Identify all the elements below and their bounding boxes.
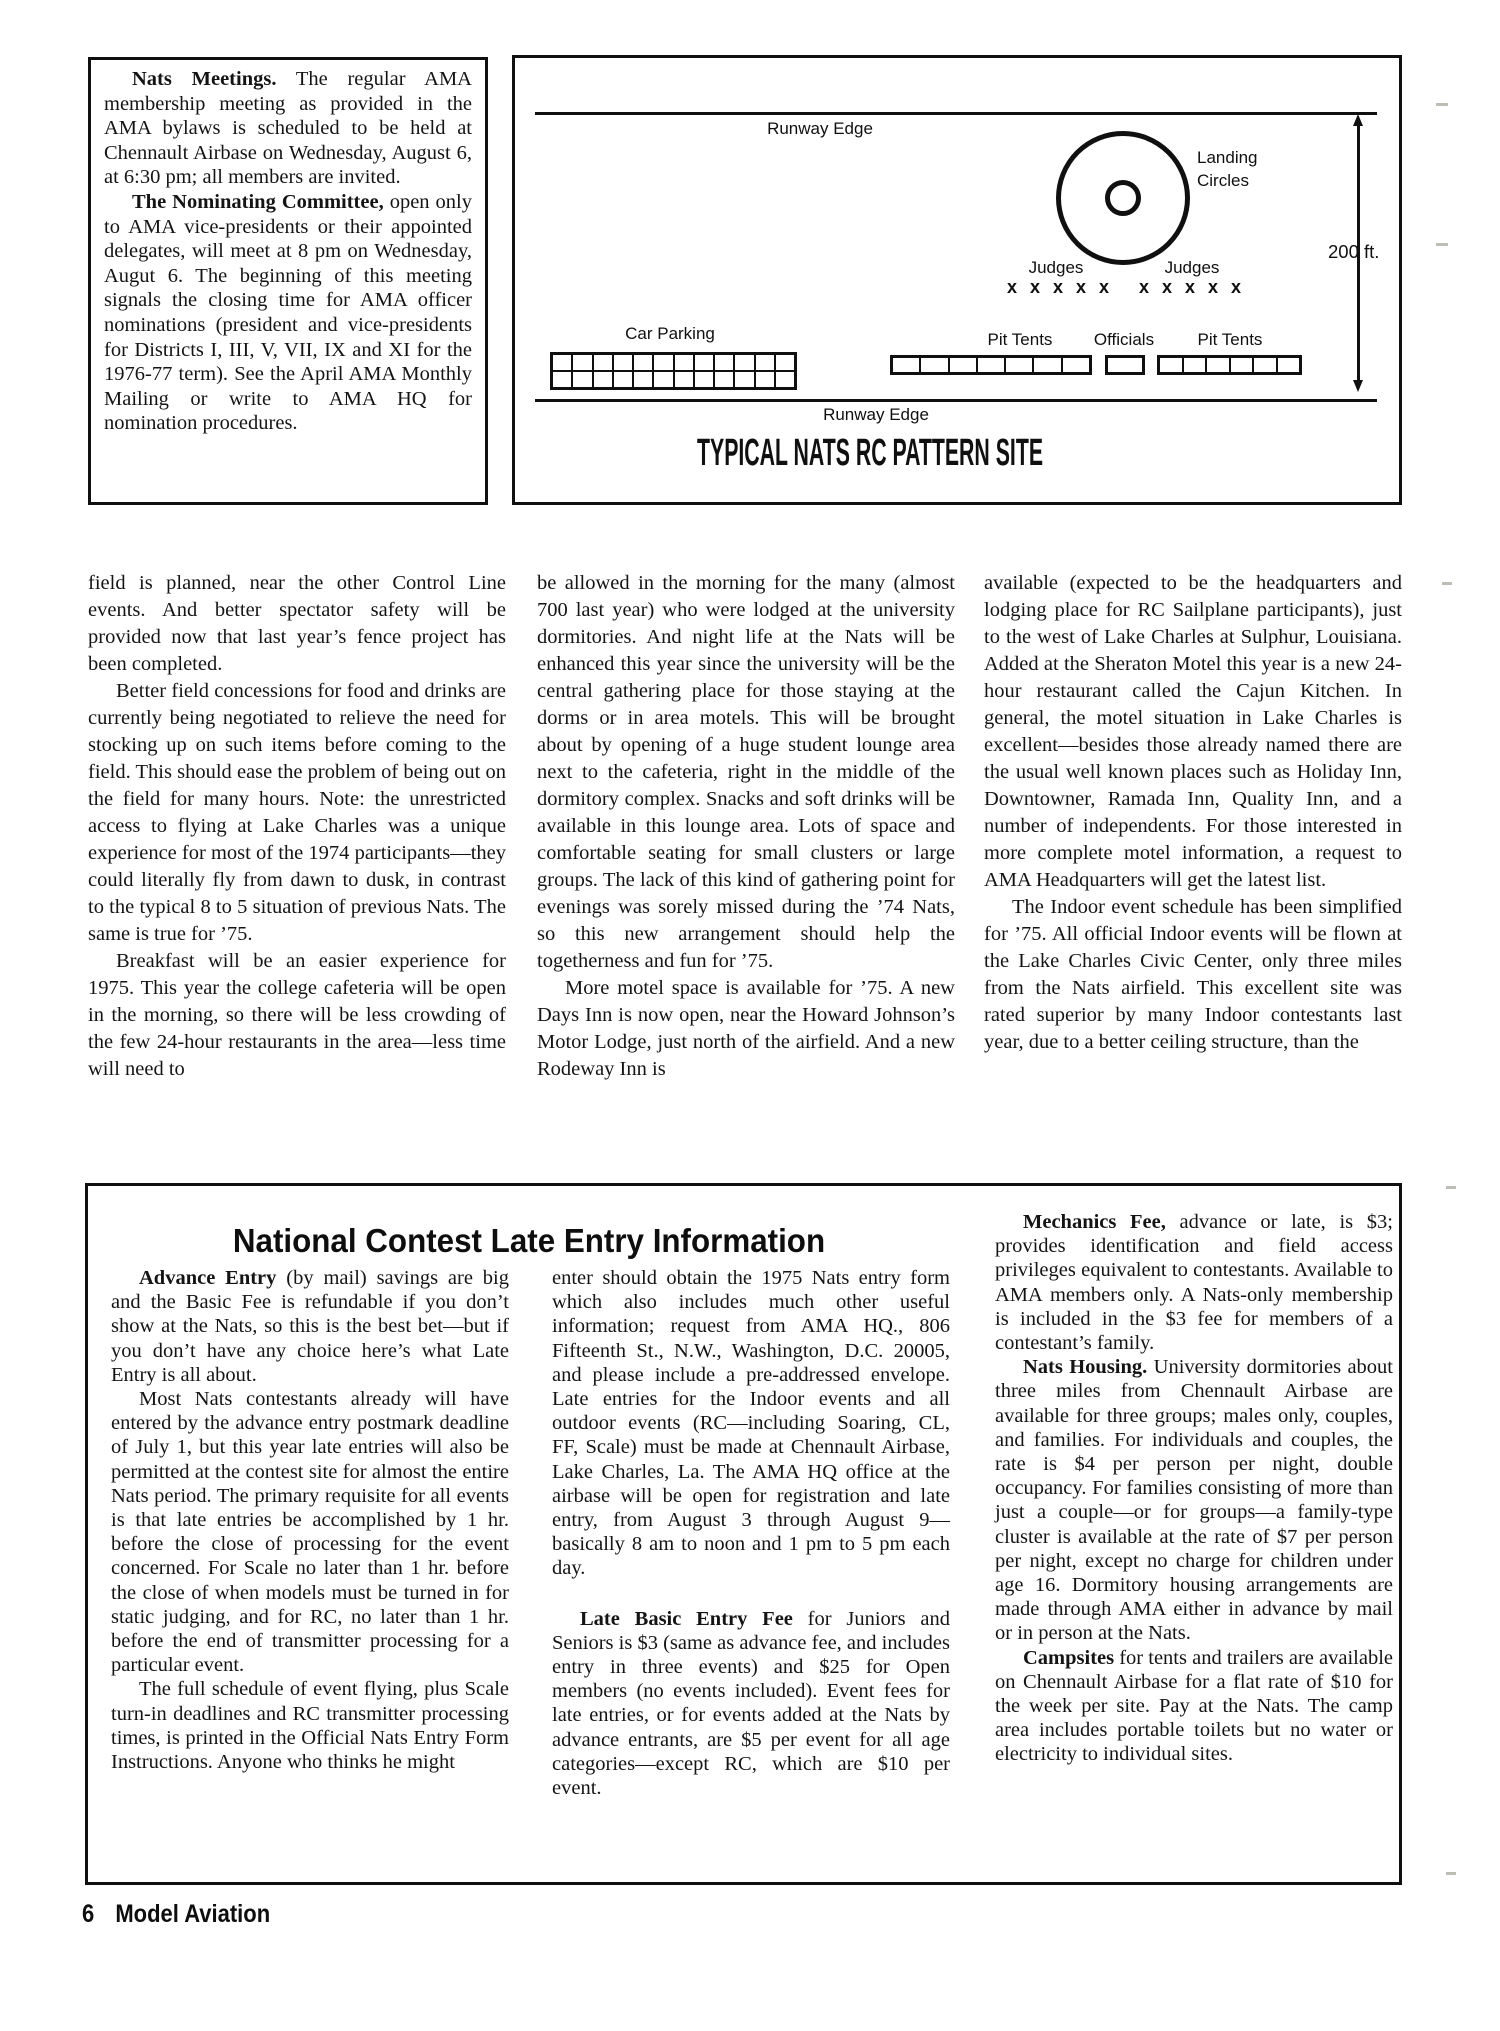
late-entry-paragraph: Campsites for tents and trailers are ava… [995,1646,1393,1767]
paragraph-lead: Nats Housing. [1023,1356,1147,1378]
runway-edge-top-label: Runway Edge [760,119,880,139]
paragraph-text: Better field concessions for food and dr… [88,680,506,945]
pit-tents-left-grid [890,355,1092,375]
late-entry-paragraph: Advance Entry (by mail) savings are big … [111,1266,509,1387]
late-entry-info-box: National Contest Late Entry Information … [85,1183,1402,1885]
runway-edge-top-line [535,112,1377,115]
article-paragraph: More motel space is available for ’75. A… [537,975,955,1083]
landing-circles-label: Landing Circles [1197,146,1258,192]
late-entry-column-2: enter should obtain the 1975 Nats entry … [552,1266,950,1800]
paragraph-lead: Advance Entry [139,1267,276,1289]
article-paragraph: The Indoor event schedule has been simpl… [984,894,1402,1056]
article-paragraph: field is planned, near the other Control… [88,570,506,678]
late-entry-paragraph: Late Basic Entry Fee for Juniors and Sen… [552,1607,950,1801]
paragraph-lead: Mechanics Fee, [1023,1211,1166,1233]
meetings-paragraph: Nats Meetings. The regular AMA membershi… [104,67,472,190]
landing-circle-inner [1105,180,1141,216]
judges-right-label: Judges [1142,258,1242,278]
paragraph-lead: The Nominating Committee, [132,191,384,213]
paragraph-text: open only to AMA vice-presidents or thei… [104,191,472,434]
distance-200ft-label: 200 ft. [1328,242,1379,262]
scan-mark [1442,582,1452,585]
article-column-3: available (expected to be the headquarte… [984,570,1402,1056]
landing-circles-label-line2: Circles [1197,169,1258,192]
diagram-title: TYPICAL NATS RC PATTERN SITE [697,432,1033,475]
distance-arrow-line [1357,124,1360,382]
meetings-paragraph: The Nominating Committee, open only to A… [104,190,472,436]
judges-left-label: Judges [1006,258,1106,278]
late-entry-paragraph: Mechanics Fee, advance or late, is $3; p… [995,1210,1393,1355]
article-column-2: be allowed in the morning for the many (… [537,570,955,1083]
nats-meetings-box: Nats Meetings. The regular AMA membershi… [88,57,488,505]
nats-site-diagram: Runway Edge Landing Circles Judges x x x… [512,55,1402,505]
late-entry-paragraph: Nats Housing. University dormitories abo… [995,1355,1393,1645]
judges-right-marks: x x x x x [1125,277,1255,298]
late-entry-column-3: Mechanics Fee, advance or late, is $3; p… [995,1210,1393,1767]
article-paragraph: Better field concessions for food and dr… [88,678,506,948]
page-number: 6 [82,1900,94,1929]
paragraph-text: More motel space is available for ’75. A… [537,977,955,1080]
paragraph-text: Breakfast will be an easier experience f… [88,950,506,1080]
article-paragraph: available (expected to be the headquarte… [984,570,1402,894]
paragraph-text: University dormitories about three miles… [995,1356,1393,1644]
late-entry-paragraph: Most Nats contestants already will have … [111,1387,509,1677]
officials-box [1105,355,1145,375]
scan-mark [1446,1186,1456,1189]
page-footer: 6 Model Aviation [82,1900,270,1929]
late-entry-paragraph: enter should obtain the 1975 Nats entry … [552,1266,950,1581]
late-entry-title: National Contest Late Entry Information [149,1222,909,1260]
magazine-title: Model Aviation [115,1900,270,1929]
article-column-1: field is planned, near the other Control… [88,570,506,1083]
magazine-page: Nats Meetings. The regular AMA membershi… [0,0,1500,2031]
paragraph-text: be allowed in the morning for the many (… [537,572,955,972]
scan-mark [1436,103,1448,106]
article-paragraph: Breakfast will be an easier experience f… [88,948,506,1083]
distance-arrow-bottom [1353,380,1363,392]
scan-mark [1436,243,1448,246]
late-entry-column-1: Advance Entry (by mail) savings are big … [111,1266,509,1774]
paragraph-text: Most Nats contestants already will have … [111,1388,509,1676]
late-entry-paragraph: The full schedule of event flying, plus … [111,1677,509,1774]
officials-label: Officials [1064,330,1184,350]
runway-edge-bottom-line [535,399,1377,402]
pit-tents-right-grid [1157,355,1302,375]
scan-mark [1446,1872,1456,1875]
car-parking-grid [550,352,797,390]
paragraph-text: field is planned, near the other Control… [88,572,506,675]
paragraph-text: enter should obtain the 1975 Nats entry … [552,1267,950,1579]
paragraph-text: for Juniors and Seniors is $3 (same as a… [552,1608,950,1799]
paragraph-lead: Late Basic Entry Fee [580,1608,793,1630]
landing-circles-label-line1: Landing [1197,146,1258,169]
paragraph-lead: Nats Meetings. [132,68,276,90]
runway-edge-bottom-label: Runway Edge [816,405,936,425]
pit-tents-left-label: Pit Tents [960,330,1080,350]
paragraph-text: The full schedule of event flying, plus … [111,1678,509,1773]
paragraph-text: The Indoor event schedule has been simpl… [984,896,1402,1053]
judges-left-marks: x x x x x [993,277,1123,298]
article-paragraph: be allowed in the morning for the many (… [537,570,955,975]
car-parking-label: Car Parking [610,324,730,344]
pit-tents-right-label: Pit Tents [1170,330,1290,350]
paragraph-text: available (expected to be the headquarte… [984,572,1402,891]
paragraph-lead: Campsites [1023,1647,1114,1669]
